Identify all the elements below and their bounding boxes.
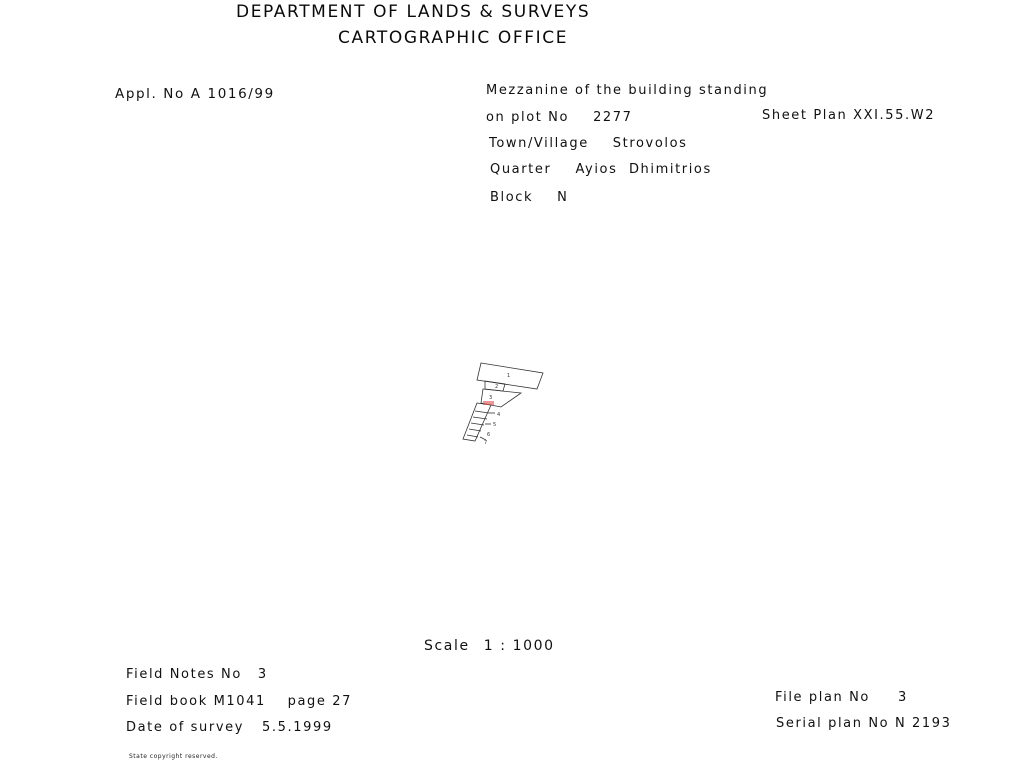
field-notes: Field Notes No3 — [126, 667, 268, 682]
file-plan-value: 3 — [898, 690, 908, 705]
sheet-plan: Sheet Plan XXI.55.W2 — [762, 108, 935, 123]
application-value: A 1016/99 — [191, 86, 275, 102]
svg-text:2: 2 — [495, 384, 498, 390]
building-floor-plan: 1 2 3 4 5 6 7 — [455, 355, 555, 455]
office-title: CARTOGRAPHIC OFFICE — [338, 28, 568, 48]
copyright-notice: State copyright reserved. — [129, 753, 218, 760]
block: BlockN — [490, 190, 569, 205]
town-value: Strovolos — [613, 136, 688, 151]
page-label: page — [288, 694, 327, 709]
block-label: Block — [490, 190, 533, 205]
field-notes-value: 3 — [258, 667, 268, 682]
plot-number: on plot No2277 — [486, 110, 633, 125]
serial-plan: Serial plan No N 2193 — [776, 716, 951, 731]
sheet-value: XXI.55.W2 — [853, 108, 935, 123]
sheet-label: Sheet Plan — [762, 108, 847, 123]
svg-text:7: 7 — [484, 440, 487, 446]
date-value: 5.5.1999 — [262, 720, 333, 735]
svg-text:4: 4 — [497, 412, 500, 418]
application-label: Appl. No — [115, 86, 185, 102]
scale-value: 1 : 1000 — [484, 638, 555, 654]
property-description: Mezzanine of the building standing — [486, 83, 768, 98]
page-value: 27 — [332, 694, 352, 709]
scale: Scale 1 : 1000 — [424, 638, 555, 654]
serial-plan-label: Serial plan No — [776, 716, 889, 731]
highlight-mark — [483, 401, 494, 405]
scale-label: Scale — [424, 638, 470, 654]
file-plan: File plan No3 — [775, 690, 908, 705]
plot-value: 2277 — [593, 110, 632, 125]
quarter: QuarterAyios Dhimitrios — [490, 162, 712, 177]
survey-date: Date of survey5.5.1999 — [126, 720, 333, 735]
department-title: DEPARTMENT OF LANDS & SURVEYS — [236, 2, 590, 22]
block-value: N — [557, 190, 568, 205]
svg-text:1: 1 — [507, 373, 510, 379]
field-book: Field book M1041 page 27 — [126, 694, 352, 709]
field-notes-label: Field Notes No — [126, 667, 242, 682]
file-plan-label: File plan No — [775, 690, 870, 705]
field-book-label: Field book — [126, 694, 208, 709]
serial-plan-value: N 2193 — [895, 716, 952, 731]
svg-text:6: 6 — [487, 432, 490, 438]
svg-text:5: 5 — [493, 422, 496, 428]
svg-text:3: 3 — [489, 395, 492, 401]
plot-label: on plot No — [486, 110, 569, 125]
field-book-value: M1041 — [214, 694, 266, 709]
town-village: Town/VillageStrovolos — [489, 136, 688, 151]
date-label: Date of survey — [126, 720, 244, 735]
quarter-label: Quarter — [490, 162, 551, 177]
town-label: Town/Village — [489, 136, 589, 151]
application-number: Appl. No A 1016/99 — [115, 86, 275, 102]
quarter-value: Ayios Dhimitrios — [575, 162, 711, 177]
